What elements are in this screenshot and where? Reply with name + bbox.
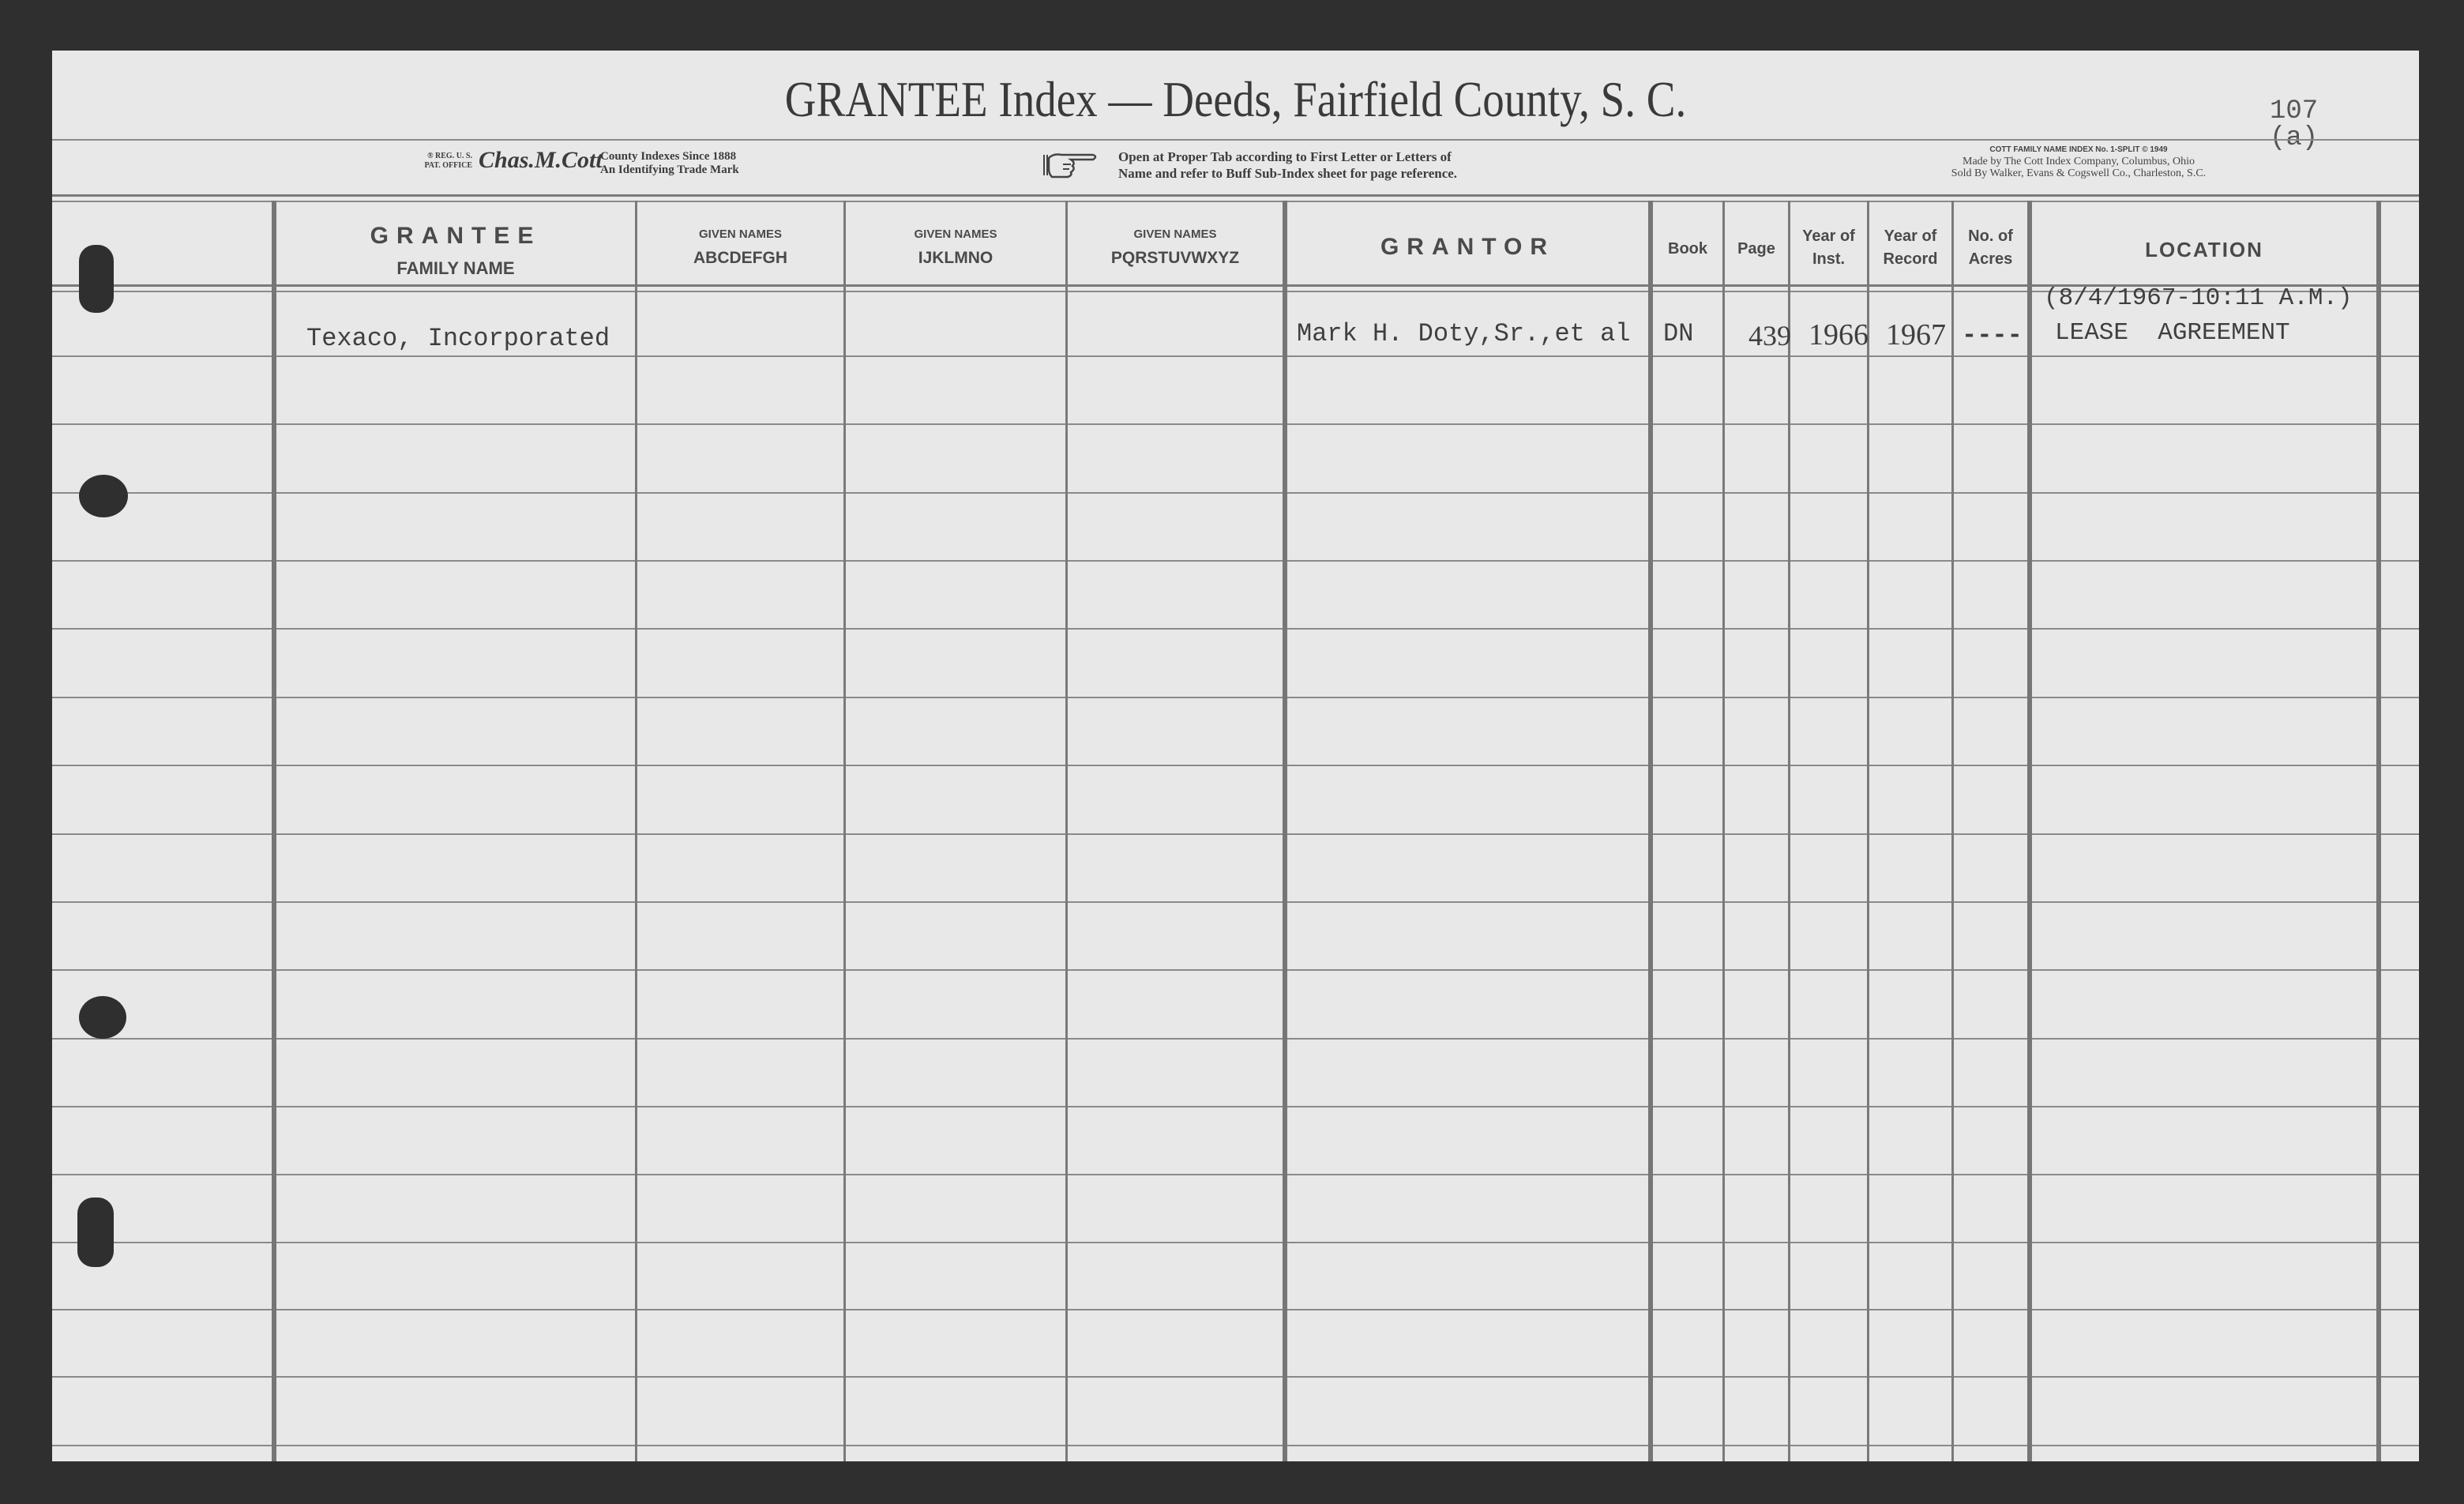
column-divider — [843, 201, 846, 1461]
header-grantee-title: GRANTEE — [276, 223, 635, 250]
header-grantor: GRANTOR — [1287, 234, 1648, 261]
header-top-rule-2 — [52, 201, 2419, 202]
instructions-line-2: Name and refer to Buff Sub-Index sheet f… — [1118, 165, 1457, 182]
entry-page: 439 — [1748, 319, 1791, 352]
entry-year-inst: 1966 — [1809, 318, 1869, 352]
row-rule — [52, 901, 2419, 903]
header-given3-subtitle: PQRSTUVWXYZ — [1068, 249, 1283, 268]
trademark-text: County Indexes Since 1888 An Identifying… — [600, 150, 739, 177]
column-divider — [1951, 201, 1954, 1461]
trademark-line-2: An Identifying Trade Mark — [600, 164, 739, 177]
header-year-record-line2: Record — [1869, 250, 1951, 269]
header-given1-title: GIVEN NAMES — [637, 227, 843, 241]
entry-book: DN — [1663, 319, 1693, 348]
trademark-line-1: County Indexes Since 1888 — [600, 150, 739, 164]
title-rule — [52, 139, 2419, 141]
row-rule — [52, 355, 2419, 357]
publisher-info: COTT FAMILY NAME INDEX No. 1-SPLIT © 194… — [1865, 144, 2292, 179]
cott-signature-logo: Chas.M.Cott — [479, 147, 603, 174]
row-rule — [52, 1242, 2419, 1243]
header-grantee: GRANTEE FAMILY NAME — [276, 223, 635, 278]
header-year-inst: Year of Inst. — [1790, 227, 1867, 269]
column-divider — [2027, 201, 2032, 1461]
entry-location-type: LEASE AGREEMENT — [2055, 319, 2290, 347]
header-given-names-a-h: GIVEN NAMES ABCDEFGH — [637, 227, 843, 268]
header-page: Page — [1725, 240, 1788, 258]
row-rule — [52, 1376, 2419, 1378]
column-divider — [1065, 201, 1068, 1461]
entry-location-datetime: (8/4/1967-10:11 A.M.) — [2044, 284, 2353, 312]
binder-slot-hole — [79, 245, 114, 313]
row-rule — [52, 833, 2419, 835]
row-rule — [52, 969, 2419, 971]
reg-line-1: ® REG. U. S. — [393, 152, 472, 161]
instructions-line-1: Open at Proper Tab according to First Le… — [1118, 149, 1457, 165]
header-grantee-subtitle: FAMILY NAME — [276, 258, 635, 278]
header-top-rule — [52, 194, 2419, 197]
page-title: GRANTEE Index — Deeds, Fairfield County,… — [218, 70, 2253, 129]
index-card: GRANTEE Index — Deeds, Fairfield County,… — [52, 51, 2419, 1461]
header-year-record-line1: Year of — [1869, 227, 1951, 246]
entry-grantor: Mark H. Doty,Sr.,et al — [1297, 319, 1630, 348]
header-year-record: Year of Record — [1869, 227, 1951, 269]
publisher-line-1: COTT FAMILY NAME INDEX No. 1-SPLIT © 194… — [1865, 144, 2292, 156]
entry-year-record: 1967 — [1886, 318, 1946, 352]
trademark-reg: ® REG. U. S. PAT. OFFICE — [393, 152, 472, 171]
binder-round-hole — [79, 996, 126, 1039]
reg-line-2: PAT. OFFICE — [393, 161, 472, 171]
header-acres-line2: Acres — [1954, 250, 2027, 269]
row-rule — [52, 1038, 2419, 1040]
header-acres-line1: No. of — [1954, 227, 2027, 246]
row-rule — [52, 1106, 2419, 1107]
header-given-names-p-z: GIVEN NAMES PQRSTUVWXYZ — [1068, 227, 1283, 268]
row-rule — [52, 1445, 2419, 1446]
publisher-line-2: Made by The Cott Index Company, Columbus… — [1865, 156, 2292, 167]
row-rule — [52, 1309, 2419, 1310]
column-divider — [1867, 201, 1869, 1461]
header-given1-subtitle: ABCDEFGH — [637, 249, 843, 268]
page-number-value: 107 — [2270, 98, 2318, 125]
header-given-names-i-o: GIVEN NAMES IJKLMNO — [846, 227, 1065, 268]
binder-slot-hole — [77, 1198, 114, 1267]
instructions-text: Open at Proper Tab according to First Le… — [1118, 149, 1457, 182]
header-given2-title: GIVEN NAMES — [846, 227, 1065, 241]
header-given3-title: GIVEN NAMES — [1068, 227, 1283, 241]
column-divider — [1788, 201, 1790, 1461]
column-divider — [1283, 201, 1287, 1461]
header-given2-subtitle: IJKLMNO — [846, 249, 1065, 268]
row-rule — [52, 1174, 2419, 1175]
publisher-line-3: Sold By Walker, Evans & Cogswell Co., Ch… — [1865, 167, 2292, 179]
pointing-hand-icon — [1041, 149, 1098, 180]
entry-acres: ---- — [1962, 321, 2023, 350]
row-rule — [52, 765, 2419, 766]
column-divider — [635, 201, 637, 1461]
binder-round-hole — [79, 475, 128, 517]
row-rule — [52, 628, 2419, 630]
header-book: Book — [1653, 240, 1722, 258]
header-year-inst-line1: Year of — [1790, 227, 1867, 246]
header-acres: No. of Acres — [1954, 227, 2027, 269]
entry-grantee: Texaco, Incorporated — [306, 324, 610, 353]
column-divider — [2376, 201, 2381, 1461]
header-year-inst-line2: Inst. — [1790, 250, 1867, 269]
row-rule — [52, 697, 2419, 698]
row-rule — [52, 560, 2419, 562]
row-rule — [52, 423, 2419, 425]
column-divider — [1722, 201, 1725, 1461]
row-rule — [52, 492, 2419, 494]
header-location: LOCATION — [2032, 239, 2376, 262]
column-divider — [272, 201, 276, 1461]
column-divider — [1648, 201, 1653, 1461]
